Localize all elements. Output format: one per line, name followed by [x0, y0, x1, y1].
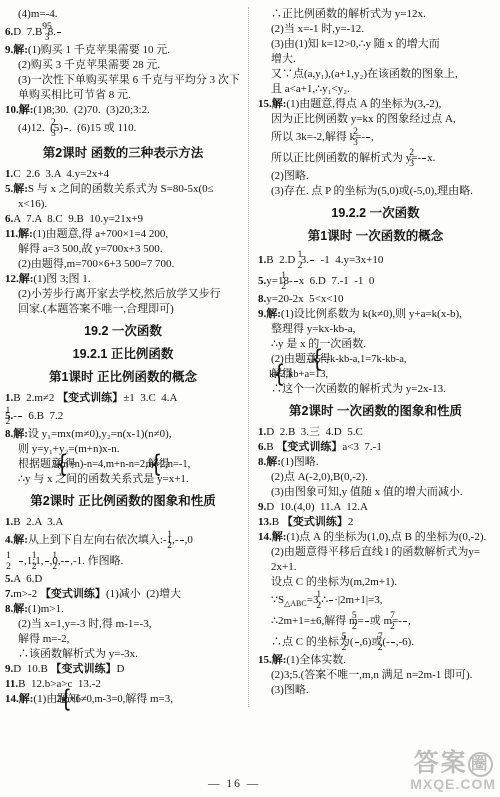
- question-number: 5.: [258, 275, 266, 287]
- answer-line: 解得 m=-2,: [5, 632, 241, 647]
- fraction: 52: [365, 611, 369, 632]
- answer-line: (3)一次性下单购买苹果 6 千克与平均分 3 次下: [5, 73, 241, 88]
- answer-line: 12.解:(1)图 3;图 1.: [5, 272, 241, 287]
- answer-line: ∴点 C 的坐标为(52,6)或(-72,-6).: [258, 632, 493, 653]
- question-number: 11.解:: [5, 228, 33, 240]
- fraction: 12: [19, 551, 23, 572]
- question-number: 6.: [5, 213, 13, 225]
- section-heading: 第2课时 函数的三种表示方法: [5, 145, 241, 162]
- answer-line: ∴正比例函数的解析式为 y=12x.: [258, 7, 493, 22]
- answer-line: 8.y=20-2x 5<x<10: [258, 292, 493, 307]
- fraction: 72: [403, 611, 407, 632]
- two-column-layout: (4)m=-4.6.D 7.B 8.9539.解:(1)购买 1 千克苹果需要 …: [0, 0, 500, 707]
- answer-line: 4.解:从上到下自左向右依次填入:-1,-12,0: [5, 530, 241, 551]
- fraction: 12: [65, 551, 69, 572]
- fraction: 23: [64, 118, 68, 139]
- answer-line: (2)由题意得平移后直线 l 的函数解析式为y=: [258, 545, 493, 560]
- answer-line: (3)由(1)知 k=12>0,∴y 随 x 的增大而: [258, 37, 493, 52]
- question-number: 14.解:: [5, 693, 33, 705]
- answer-line: 所以正比例函数的解析式为 y=-23x.: [258, 148, 493, 169]
- equation-system: {m=2,n=-1,: [170, 457, 194, 472]
- answer-line: 11.B 12.b>a>c 13.-2: [5, 677, 241, 692]
- fraction: 12: [180, 530, 184, 551]
- question-number: 1.: [5, 516, 13, 528]
- section-heading: 第2课时 一次函数的图象和性质: [258, 403, 493, 420]
- question-number: 8.: [258, 293, 266, 305]
- question-number: 8.解:: [5, 428, 28, 440]
- fraction: 23: [366, 127, 370, 148]
- fraction: 12: [329, 590, 333, 611]
- answer-line: 且 a<a+1,∴y₁<y₂.: [258, 82, 493, 97]
- answer-line: 9.解:(1)购买 1 千克苹果需要 10 元.: [5, 43, 241, 58]
- answer-line: 设点 C 的坐标为(m,2m+1).: [258, 575, 493, 590]
- watermark-domain: MXQE.COM: [410, 777, 496, 792]
- answer-line: 11.解:(1)由题意,得 a+700×1=4 200,: [5, 227, 241, 242]
- answer-line: (2)3;5.(答案不唯一,m,n 满足 n=2m-1 即可).: [258, 668, 493, 683]
- answer-line: (2)当 x=-1 时,y=-12.: [258, 22, 493, 37]
- answer-line: 1.D 2.B 3.三 4.D 5.C: [258, 425, 493, 440]
- answer-line: (4)12. (5)23. (6)15 或 110.: [5, 118, 241, 139]
- answer-line: ∴这个一次函数的解析式为 y=2x-13.: [258, 382, 493, 397]
- page-number: — 16 —: [208, 778, 260, 790]
- answer-line: ∴y 与 x 之间的函数关系式是 y=x+1.: [5, 472, 241, 487]
- answer-line: (4)m=-4.: [5, 7, 241, 22]
- answer-line: 10.解:(1)8;30. (2)70. (3)20;3:2.: [5, 103, 241, 118]
- question-number: 15.解:: [258, 98, 286, 110]
- answer-line: (2)购买 3 千克苹果需要 28 元.: [5, 58, 241, 73]
- fraction: 52: [355, 632, 359, 653]
- answer-line: 增大.: [258, 52, 493, 67]
- answer-line: 单购买相比可节省 8 元.: [5, 88, 241, 103]
- answer-line: 8.解:(1)m>1.: [5, 602, 241, 617]
- question-number: 1.: [258, 254, 266, 266]
- answer-line: 整理得 y=kx-kb-a,: [258, 322, 493, 337]
- question-number: 8.解:: [5, 603, 28, 615]
- question-number: 15.解:: [258, 654, 286, 666]
- answer-line: 又∵点(a,y₁),(a+1,y₂)在该函数的图象上,: [258, 67, 493, 82]
- fraction: 12: [294, 271, 298, 292]
- answer-line: 15.解:(1)全体实数.: [258, 653, 493, 668]
- answer-line: 1.C 2.6 3.A 4.y=2x+4: [5, 167, 241, 182]
- question-number: 8.解:: [258, 456, 281, 468]
- answer-line: 7.m>-2 【变式训练】(1)减小 (2)增大: [5, 587, 241, 602]
- fraction: 12: [18, 406, 22, 427]
- equation-system: {-15=-k-kb-a,1=7k-kb-a,: [331, 352, 407, 367]
- question-number: 1.: [5, 392, 13, 404]
- answer-line: (3)图略.: [258, 683, 493, 698]
- answer-line: ∴该函数解析式为 y=-3x.: [5, 647, 241, 662]
- answer-line: 9.D 10.B 【变式训练】D: [5, 662, 241, 677]
- answer-line: (3)存在. 点 P 的坐标为(5,0)或(-5,0),理由略.: [258, 184, 493, 199]
- answer-line: 6.B 【变式训练】a<3 7.-1: [258, 440, 493, 455]
- answer-line: ∴2m+1=±6,解得 m=52或 m=-72,: [258, 611, 493, 632]
- watermark: 答案圈 MXQE.COM: [410, 750, 496, 792]
- fraction: 12: [45, 551, 49, 572]
- answer-line: (3)由图象可知,y 值随 x 值的增大而减小.: [258, 485, 493, 500]
- equation-system: {2m+6≠0,m-3=0,: [79, 692, 125, 707]
- answer-line: 根据题意,得{3(m+n)-n=4,m+n-n=2,解得{m=2,n=-1,: [5, 457, 241, 472]
- question-number: 1.: [5, 168, 13, 180]
- answer-line: 13.B 【变式训练】2: [258, 515, 493, 530]
- answer-line: x<16).: [5, 197, 241, 212]
- answer-line: 1.B 2.m≠2 【变式训练】±1 3.C 4.A: [5, 391, 241, 406]
- question-number: 9.解:: [5, 44, 28, 56]
- answer-line: 5.A 6.D: [5, 572, 241, 587]
- question-number: 9.: [5, 663, 13, 675]
- answer-line: (2)点 A(-2,0),B(0,-2).: [258, 470, 493, 485]
- right-column: ∴正比例函数的解析式为 y=12x.(2)当 x=-1 时,y=-12.(3)由…: [249, 7, 493, 707]
- question-number: 4.解:: [5, 534, 28, 546]
- section-heading: 19.2.2 一次函数: [258, 205, 493, 222]
- question-number: 9.: [258, 501, 266, 513]
- question-number: 14.解:: [258, 531, 286, 543]
- answer-line: 5.-12 6.B 7.2: [5, 406, 241, 427]
- section-heading: 第1课时 一次函数的概念: [258, 228, 493, 245]
- section-heading: 第2课时 正比例函数的图象和性质: [5, 493, 241, 510]
- answer-line: 9.解:(1)设比例系数为 k(k≠0),则 y+a=k(x-b),: [258, 307, 493, 322]
- section-heading: 19.2 一次函数: [5, 323, 241, 340]
- question-number: 1.: [258, 426, 266, 438]
- question-number: 5.解:: [5, 183, 28, 195]
- answer-line: 12,1;1,12,0,-12,-1. 作图略.: [5, 551, 241, 572]
- answer-key-page: (4)m=-4.6.D 7.B 8.9539.解:(1)购买 1 千克苹果需要 …: [0, 0, 500, 797]
- answer-line: (2)由题意,得{-15=-k-kb-a,1=7k-kb-a,: [258, 352, 493, 367]
- watermark-circle-icon: 圈: [468, 752, 493, 777]
- answer-line: 1.B 2.D 3.12 -1 4.y=3x+10: [258, 250, 493, 271]
- answer-line: 回家.(本题答案不唯一,合理即可): [5, 302, 241, 317]
- answer-line: (2)由题得,m=700×6+3 500=7 700.: [5, 257, 241, 272]
- fraction: 72: [391, 632, 395, 653]
- answer-line: (2)图略.: [258, 169, 493, 184]
- question-number: 10.解:: [5, 104, 33, 116]
- answer-line: 因为正比例函数 y=kx 的图象经过点 A,: [258, 112, 493, 127]
- answer-line: 14.解:(1)点 A 的坐标为(1,0),点 B 的坐标为(0,-2).: [258, 530, 493, 545]
- question-number: 6.: [5, 26, 13, 38]
- answer-line: 解得 a=3 500,故 y=700x+3 500.: [5, 242, 241, 257]
- answer-line: 14.解:(1)由题知{2m+6≠0,m-3=0,解得 m=3,: [5, 692, 241, 707]
- left-column: (4)m=-4.6.D 7.B 8.9539.解:(1)购买 1 千克苹果需要 …: [5, 7, 249, 707]
- equation-system: {3(m+n)-n=4,m+n-n=2,: [76, 457, 148, 472]
- answer-line: ∵S△ABC=3,∴12·|2m+1|=3,: [258, 590, 493, 611]
- section-heading: 19.2.1 正比例函数: [5, 346, 241, 363]
- answer-line: 解得{k=2,kb+a=13,: [258, 367, 493, 382]
- fraction: 953: [57, 22, 61, 43]
- answer-line: 9.D 10.(4,0) 11.A 12.A: [258, 500, 493, 515]
- question-number: 9.解:: [258, 308, 281, 320]
- answer-line: 5.y=18-12x 6.D 7.-1 -1 0: [258, 271, 493, 292]
- fraction: 12: [310, 250, 314, 271]
- answer-line: 15.解:(1)由题意,得点 A 的坐标为(3,-2),: [258, 97, 493, 112]
- fraction: 23: [422, 148, 426, 169]
- answer-line: (2)当 x=1,y=-3 时,得 m-1=-3,: [5, 617, 241, 632]
- question-number: 13.: [258, 516, 272, 528]
- section-heading: 第1课时 正比例函数的概念: [5, 369, 241, 386]
- answer-line: 5.解:S 与 x 之间的函数关系式为 S=80-5x(0≤: [5, 182, 241, 197]
- answer-line: 1.B 2.A 3.A: [5, 515, 241, 530]
- question-number: 5.: [5, 573, 13, 585]
- question-number: 11.: [5, 678, 18, 690]
- answer-line: 则 y=y₁+y₂=(m+n)x-n.: [5, 442, 241, 457]
- question-number: 7.: [5, 588, 13, 600]
- watermark-brand-text: 答案: [414, 749, 468, 777]
- answer-line: 2x+1.: [258, 560, 493, 575]
- watermark-logo: 答案圈: [410, 750, 496, 777]
- answer-line: 8.解:设 y₁=mx(m≠0),y₂=n(x-1)(n≠0),: [5, 427, 241, 442]
- answer-line: 6.A 7.A 8.C 9.B 10.y=21x+9: [5, 212, 241, 227]
- answer-line: 所以 3k=-2,解得 k=-23,: [258, 127, 493, 148]
- question-number: 12.解:: [5, 273, 33, 285]
- question-number: 6.: [258, 441, 266, 453]
- answer-line: ∴y 是 x 的一次函数.: [258, 337, 493, 352]
- answer-line: (2)小芳步行离开家去学校,然后放学又步行: [5, 287, 241, 302]
- answer-line: 6.D 7.B 8.953: [5, 22, 241, 43]
- answer-line: 8.解:(1)图略.: [258, 455, 493, 470]
